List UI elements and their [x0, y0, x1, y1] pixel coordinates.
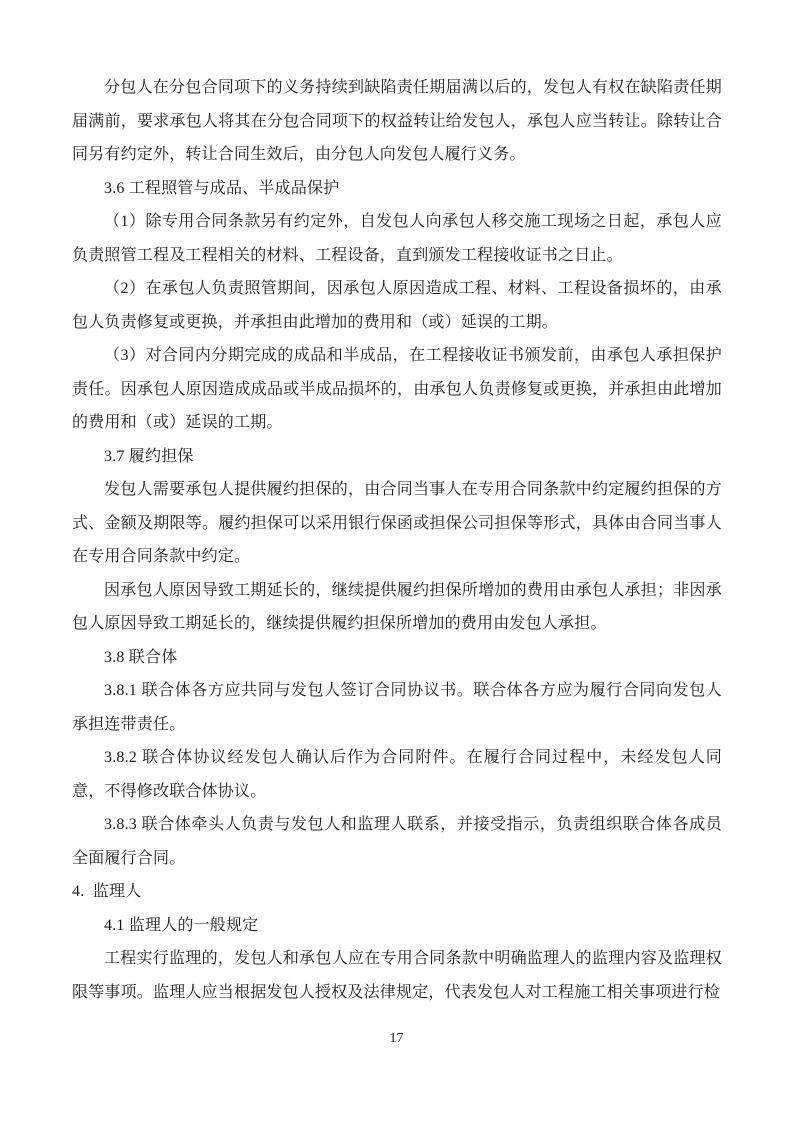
clause-3-8-2: 3.8.2 联合体协议经发包人确认后作为合同附件。在履行合同过程中，未经发包人同…	[72, 741, 722, 808]
heading-4-supervisor: 4. 监理人	[72, 875, 722, 909]
heading-3-7: 3.7 履约担保	[72, 440, 722, 474]
clause-3-6-item-1: （1）除专用合同条款另有约定外，自发包人向承包人移交施工现场之日起，承包人应负责…	[72, 205, 722, 272]
clause-3-8-3: 3.8.3 联合体牵头人负责与发包人和监理人联系，并接受指示，负责组织联合体各成…	[72, 808, 722, 875]
clause-4-1-paragraph: 工程实行监理的，发包人和承包人应在专用合同条款中明确监理人的监理内容及监理权限等…	[72, 942, 722, 1009]
heading-3-6: 3.6 工程照管与成品、半成品保护	[72, 172, 722, 206]
clause-3-6-item-3: （3）对合同内分期完成的成品和半成品，在工程接收证书颁发前，由承包人承担保护责任…	[72, 339, 722, 440]
paragraph-subcontract-transfer: 分包人在分包合同项下的义务持续到缺陷责任期届满以后的，发包人有权在缺陷责任期届满…	[72, 71, 722, 172]
page-number: 17	[0, 1029, 793, 1049]
document-page: 分包人在分包合同项下的义务持续到缺陷责任期届满以后的，发包人有权在缺陷责任期届满…	[0, 0, 793, 1122]
clause-3-6-item-2: （2）在承包人负责照管期间，因承包人原因造成工程、材料、工程设备损坏的，由承包人…	[72, 272, 722, 339]
clause-3-7-paragraph-2: 因承包人原因导致工期延长的，继续提供履约担保所增加的费用由承包人承担；非因承包人…	[72, 574, 722, 641]
document-content: 分包人在分包合同项下的义务持续到缺陷责任期届满以后的，发包人有权在缺陷责任期届满…	[72, 71, 722, 1009]
heading-3-8: 3.8 联合体	[72, 641, 722, 675]
clause-3-7-paragraph-1: 发包人需要承包人提供履约担保的，由合同当事人在专用合同条款中约定履约担保的方式、…	[72, 473, 722, 574]
heading-4-1: 4.1 监理人的一般规定	[72, 909, 722, 943]
clause-3-8-1: 3.8.1 联合体各方应共同与发包人签订合同协议书。联合体各方应为履行合同向发包…	[72, 674, 722, 741]
